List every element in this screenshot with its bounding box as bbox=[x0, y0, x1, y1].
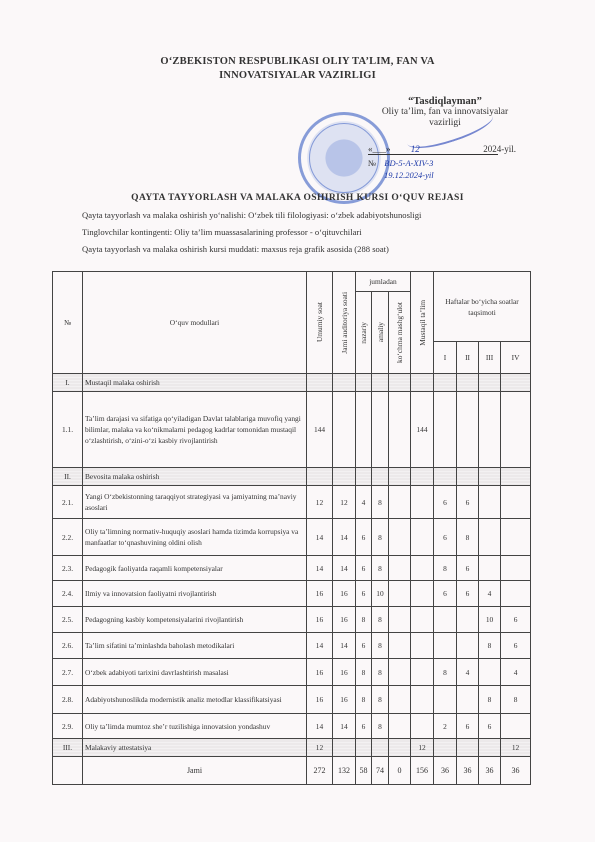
value-cell: 14 bbox=[307, 714, 333, 739]
value-cell bbox=[411, 686, 434, 714]
value-cell bbox=[501, 556, 531, 581]
value-cell bbox=[479, 486, 501, 519]
value-cell: 12 bbox=[307, 486, 333, 519]
value-cell: 16 bbox=[333, 659, 356, 686]
value-cell bbox=[356, 739, 372, 757]
value-cell: 2 bbox=[434, 714, 457, 739]
value-cell bbox=[389, 392, 411, 468]
value-cell: 8 bbox=[372, 519, 389, 556]
value-cell: 6 bbox=[434, 581, 457, 607]
value-cell: 8 bbox=[372, 556, 389, 581]
value-cell: 6 bbox=[356, 581, 372, 607]
empty-cell bbox=[434, 374, 457, 392]
value-cell: 8 bbox=[479, 633, 501, 659]
value-cell: 144 bbox=[411, 392, 434, 468]
value-cell bbox=[411, 486, 434, 519]
value-cell: 12 bbox=[333, 486, 356, 519]
value-cell bbox=[389, 633, 411, 659]
value-cell: 6 bbox=[434, 519, 457, 556]
value-cell: 14 bbox=[333, 519, 356, 556]
value-cell: 8 bbox=[372, 607, 389, 633]
value-cell: 6 bbox=[356, 556, 372, 581]
value-cell: 8 bbox=[457, 519, 479, 556]
row-number: 2.1. bbox=[53, 486, 83, 519]
value-cell: 6 bbox=[434, 486, 457, 519]
header-week-4: IV bbox=[501, 342, 531, 374]
row-number: 2.5. bbox=[53, 607, 83, 633]
value-cell: 14 bbox=[333, 556, 356, 581]
section-row: I.Mustaqil malaka oshirish bbox=[53, 374, 531, 392]
ministry-header: O‘ZBEKISTON RESPUBLIKASI OLIY TA’LIM, FA… bbox=[0, 55, 595, 83]
ministry-line-1: O‘ZBEKISTON RESPUBLIKASI OLIY TA’LIM, FA… bbox=[0, 55, 595, 69]
value-cell: 6 bbox=[356, 519, 372, 556]
value-cell: 36 bbox=[434, 757, 457, 785]
value-cell bbox=[411, 633, 434, 659]
header-practice: amaliy bbox=[372, 292, 389, 374]
value-cell bbox=[479, 519, 501, 556]
value-cell: 8 bbox=[372, 714, 389, 739]
row-number: 2.4. bbox=[53, 581, 83, 607]
value-cell bbox=[479, 556, 501, 581]
value-cell: 16 bbox=[307, 686, 333, 714]
approval-month: 12 bbox=[411, 144, 420, 154]
header-modules: O‘quv modullari bbox=[83, 272, 307, 374]
value-cell bbox=[411, 556, 434, 581]
value-cell bbox=[479, 659, 501, 686]
value-cell: 6 bbox=[457, 486, 479, 519]
value-cell: 16 bbox=[307, 659, 333, 686]
empty-cell bbox=[457, 468, 479, 486]
table-row: 2.8.Adabiyotshunoslikda modernistik anal… bbox=[53, 686, 531, 714]
header-offsite: ko‘chma mashg‘ulot bbox=[389, 292, 411, 374]
row-number: 1.1. bbox=[53, 392, 83, 468]
table-row: 1.1.Ta’lim darajasi va sifatiga qo‘yilad… bbox=[53, 392, 531, 468]
approval-line-2: vazirligi bbox=[360, 118, 530, 129]
value-cell bbox=[434, 739, 457, 757]
curriculum-table: № O‘quv modullari Umumiy soat Jami audit… bbox=[52, 271, 531, 785]
value-cell: 74 bbox=[372, 757, 389, 785]
module-name: Bevosita malaka oshirish bbox=[83, 468, 307, 486]
value-cell bbox=[501, 714, 531, 739]
section-row: III.Malakaviy attestatsiya121212 bbox=[53, 739, 531, 757]
value-cell: 6 bbox=[501, 607, 531, 633]
value-cell bbox=[333, 392, 356, 468]
value-cell: 0 bbox=[389, 757, 411, 785]
plan-direction: Qayta tayyorlash va malaka oshirish yo‘n… bbox=[82, 210, 421, 220]
module-name: Ta’lim sifatini ta’minlashda baholash me… bbox=[83, 633, 307, 659]
empty-cell bbox=[333, 374, 356, 392]
value-cell: 12 bbox=[307, 739, 333, 757]
value-cell bbox=[389, 607, 411, 633]
value-cell: 14 bbox=[307, 633, 333, 659]
table-row: 2.3.Pedagogik faoliyatda raqamli kompete… bbox=[53, 556, 531, 581]
value-cell: 8 bbox=[356, 659, 372, 686]
value-cell bbox=[389, 519, 411, 556]
value-cell bbox=[434, 686, 457, 714]
row-number: 2.8. bbox=[53, 686, 83, 714]
header-auditorium: Jami auditoriya soati bbox=[333, 272, 356, 374]
plan-contingent: Tinglovchilar kontingenti: Oliy ta’lim m… bbox=[82, 227, 362, 237]
row-number: III. bbox=[53, 739, 83, 757]
row-number: I. bbox=[53, 374, 83, 392]
value-cell: 6 bbox=[479, 714, 501, 739]
plan-title: QAYTA TAYYORLASH VA MALAKA OSHIRISH KURS… bbox=[0, 193, 595, 203]
value-cell bbox=[411, 581, 434, 607]
value-cell: 8 bbox=[372, 633, 389, 659]
value-cell: 8 bbox=[434, 556, 457, 581]
value-cell bbox=[501, 581, 531, 607]
value-cell bbox=[434, 607, 457, 633]
table-row: 2.6.Ta’lim sifatini ta’minlashda baholas… bbox=[53, 633, 531, 659]
value-cell bbox=[389, 714, 411, 739]
approval-block: “Tasdiqlayman” Oliy ta’lim, fan va innov… bbox=[360, 96, 530, 129]
value-cell: 16 bbox=[307, 607, 333, 633]
table-row: 2.7.O‘zbek adabiyoti tarixini davrlashti… bbox=[53, 659, 531, 686]
empty-cell bbox=[389, 374, 411, 392]
empty-cell bbox=[307, 374, 333, 392]
approval-date: «___» 12 2024-yil. bbox=[368, 144, 498, 155]
empty-cell bbox=[434, 468, 457, 486]
value-cell bbox=[389, 739, 411, 757]
value-cell: 4 bbox=[479, 581, 501, 607]
row-number: 2.3. bbox=[53, 556, 83, 581]
header-week-2: II bbox=[457, 342, 479, 374]
value-cell bbox=[389, 581, 411, 607]
empty-cell bbox=[356, 374, 372, 392]
empty-cell bbox=[307, 468, 333, 486]
table-row: 2.2.Oliy ta’limning normativ-huquqiy aso… bbox=[53, 519, 531, 556]
empty-cell bbox=[501, 468, 531, 486]
value-cell bbox=[411, 519, 434, 556]
module-name: Jami bbox=[83, 757, 307, 785]
empty-cell bbox=[411, 468, 434, 486]
value-cell: 6 bbox=[457, 581, 479, 607]
value-cell: 14 bbox=[333, 714, 356, 739]
value-cell: 10 bbox=[372, 581, 389, 607]
value-cell bbox=[501, 392, 531, 468]
empty-cell bbox=[333, 468, 356, 486]
module-name: Ilmiy va innovatsion faoliyatni rivojlan… bbox=[83, 581, 307, 607]
table-row: 2.5.Pedagogning kasbiy kompetensiyalarin… bbox=[53, 607, 531, 633]
value-cell: 16 bbox=[333, 607, 356, 633]
value-cell bbox=[479, 392, 501, 468]
value-cell bbox=[411, 714, 434, 739]
module-name: Yangi O‘zbekistonning taraqqiyot strateg… bbox=[83, 486, 307, 519]
empty-cell bbox=[457, 374, 479, 392]
value-cell: 4 bbox=[457, 659, 479, 686]
value-cell bbox=[389, 556, 411, 581]
approval-title: “Tasdiqlayman” bbox=[360, 96, 530, 107]
value-cell: 12 bbox=[501, 739, 531, 757]
header-theory: nazariy bbox=[356, 292, 372, 374]
curriculum-body: I.Mustaqil malaka oshirish1.1.Ta’lim dar… bbox=[53, 374, 531, 785]
module-name: Pedagogning kasbiy kompetensiyalarini ri… bbox=[83, 607, 307, 633]
empty-cell bbox=[372, 468, 389, 486]
value-cell: 6 bbox=[501, 633, 531, 659]
approval-day: «___» bbox=[368, 144, 391, 154]
value-cell bbox=[457, 739, 479, 757]
value-cell: 6 bbox=[457, 714, 479, 739]
header-no: № bbox=[53, 272, 83, 374]
value-cell bbox=[501, 486, 531, 519]
value-cell bbox=[457, 392, 479, 468]
module-name: Oliy ta’limda mumtoz she’r tuzilishiga i… bbox=[83, 714, 307, 739]
value-cell: 10 bbox=[479, 607, 501, 633]
module-name: Malakaviy attestatsiya bbox=[83, 739, 307, 757]
header-including: jumladan bbox=[356, 272, 411, 292]
value-cell: 156 bbox=[411, 757, 434, 785]
module-name: Mustaqil malaka oshirish bbox=[83, 374, 307, 392]
value-cell: 14 bbox=[307, 519, 333, 556]
value-cell bbox=[434, 633, 457, 659]
value-cell: 12 bbox=[411, 739, 434, 757]
empty-cell bbox=[501, 374, 531, 392]
value-cell: 16 bbox=[333, 581, 356, 607]
value-cell: 14 bbox=[307, 556, 333, 581]
value-cell: 8 bbox=[434, 659, 457, 686]
empty-cell bbox=[356, 468, 372, 486]
value-cell: 16 bbox=[333, 686, 356, 714]
value-cell: 36 bbox=[457, 757, 479, 785]
approval-line-1: Oliy ta’lim, fan va innovatsiyalar bbox=[360, 107, 530, 118]
table-row: 2.9.Oliy ta’limda mumtoz she’r tuzilishi… bbox=[53, 714, 531, 739]
header-weeks: Haftalar bo‘yicha soatlar taqsimoti bbox=[434, 272, 531, 342]
value-cell: 8 bbox=[479, 686, 501, 714]
module-name: Ta’lim darajasi va sifatiga qo‘yiladigan… bbox=[83, 392, 307, 468]
value-cell: 6 bbox=[356, 633, 372, 659]
row-number: 2.2. bbox=[53, 519, 83, 556]
empty-cell bbox=[479, 374, 501, 392]
value-cell bbox=[372, 739, 389, 757]
header-week-1: I bbox=[434, 342, 457, 374]
value-cell: 8 bbox=[501, 686, 531, 714]
value-cell bbox=[356, 392, 372, 468]
value-cell: 14 bbox=[333, 633, 356, 659]
value-cell: 58 bbox=[356, 757, 372, 785]
header-independent: Mustaqil ta’lim bbox=[411, 272, 434, 374]
value-cell bbox=[457, 607, 479, 633]
value-cell: 6 bbox=[457, 556, 479, 581]
section-row: II.Bevosita malaka oshirish bbox=[53, 468, 531, 486]
value-cell: 132 bbox=[333, 757, 356, 785]
header-total: Umumiy soat bbox=[307, 272, 333, 374]
table-row: 2.4.Ilmiy va innovatsion faoliyatni rivo… bbox=[53, 581, 531, 607]
empty-cell bbox=[411, 374, 434, 392]
row-number: 2.9. bbox=[53, 714, 83, 739]
value-cell bbox=[501, 519, 531, 556]
value-cell: 8 bbox=[372, 486, 389, 519]
value-cell: 8 bbox=[372, 686, 389, 714]
row-number: 2.6. bbox=[53, 633, 83, 659]
value-cell: 36 bbox=[501, 757, 531, 785]
registration-date: 19.12.2024-yil bbox=[384, 170, 434, 180]
value-cell: 16 bbox=[307, 581, 333, 607]
value-cell: 6 bbox=[356, 714, 372, 739]
ministry-line-2: INNOVATSIYALAR VAZIRLIGI bbox=[0, 69, 595, 83]
value-cell: 4 bbox=[501, 659, 531, 686]
value-cell bbox=[333, 739, 356, 757]
value-cell bbox=[372, 392, 389, 468]
row-number: 2.7. bbox=[53, 659, 83, 686]
value-cell: 8 bbox=[356, 607, 372, 633]
value-cell: 272 bbox=[307, 757, 333, 785]
value-cell: 36 bbox=[479, 757, 501, 785]
table-row: 2.1.Yangi O‘zbekistonning taraqqiyot str… bbox=[53, 486, 531, 519]
value-cell bbox=[411, 659, 434, 686]
row-number bbox=[53, 757, 83, 785]
empty-cell bbox=[389, 468, 411, 486]
header-week-3: III bbox=[479, 342, 501, 374]
registration-number: № BD-5-A-XIV-3 bbox=[368, 158, 433, 168]
value-cell bbox=[434, 392, 457, 468]
module-name: Pedagogik faoliyatda raqamli kompetensiy… bbox=[83, 556, 307, 581]
value-cell: 8 bbox=[356, 686, 372, 714]
value-cell bbox=[411, 607, 434, 633]
empty-cell bbox=[479, 468, 501, 486]
value-cell bbox=[457, 633, 479, 659]
plan-duration: Qayta tayyorlash va malaka oshirish kurs… bbox=[82, 244, 389, 254]
empty-cell bbox=[372, 374, 389, 392]
value-cell: 4 bbox=[356, 486, 372, 519]
value-cell: 8 bbox=[372, 659, 389, 686]
approval-year: 2024-yil. bbox=[483, 144, 516, 154]
module-name: Adabiyotshunoslikda modernistik analiz m… bbox=[83, 686, 307, 714]
row-number: II. bbox=[53, 468, 83, 486]
module-name: O‘zbek adabiyoti tarixini davrlashtirish… bbox=[83, 659, 307, 686]
value-cell bbox=[457, 686, 479, 714]
value-cell bbox=[389, 486, 411, 519]
total-row: Jami2721325874015636363636 bbox=[53, 757, 531, 785]
module-name: Oliy ta’limning normativ-huquqiy asoslar… bbox=[83, 519, 307, 556]
value-cell: 144 bbox=[307, 392, 333, 468]
value-cell bbox=[479, 739, 501, 757]
value-cell bbox=[389, 659, 411, 686]
value-cell bbox=[389, 686, 411, 714]
